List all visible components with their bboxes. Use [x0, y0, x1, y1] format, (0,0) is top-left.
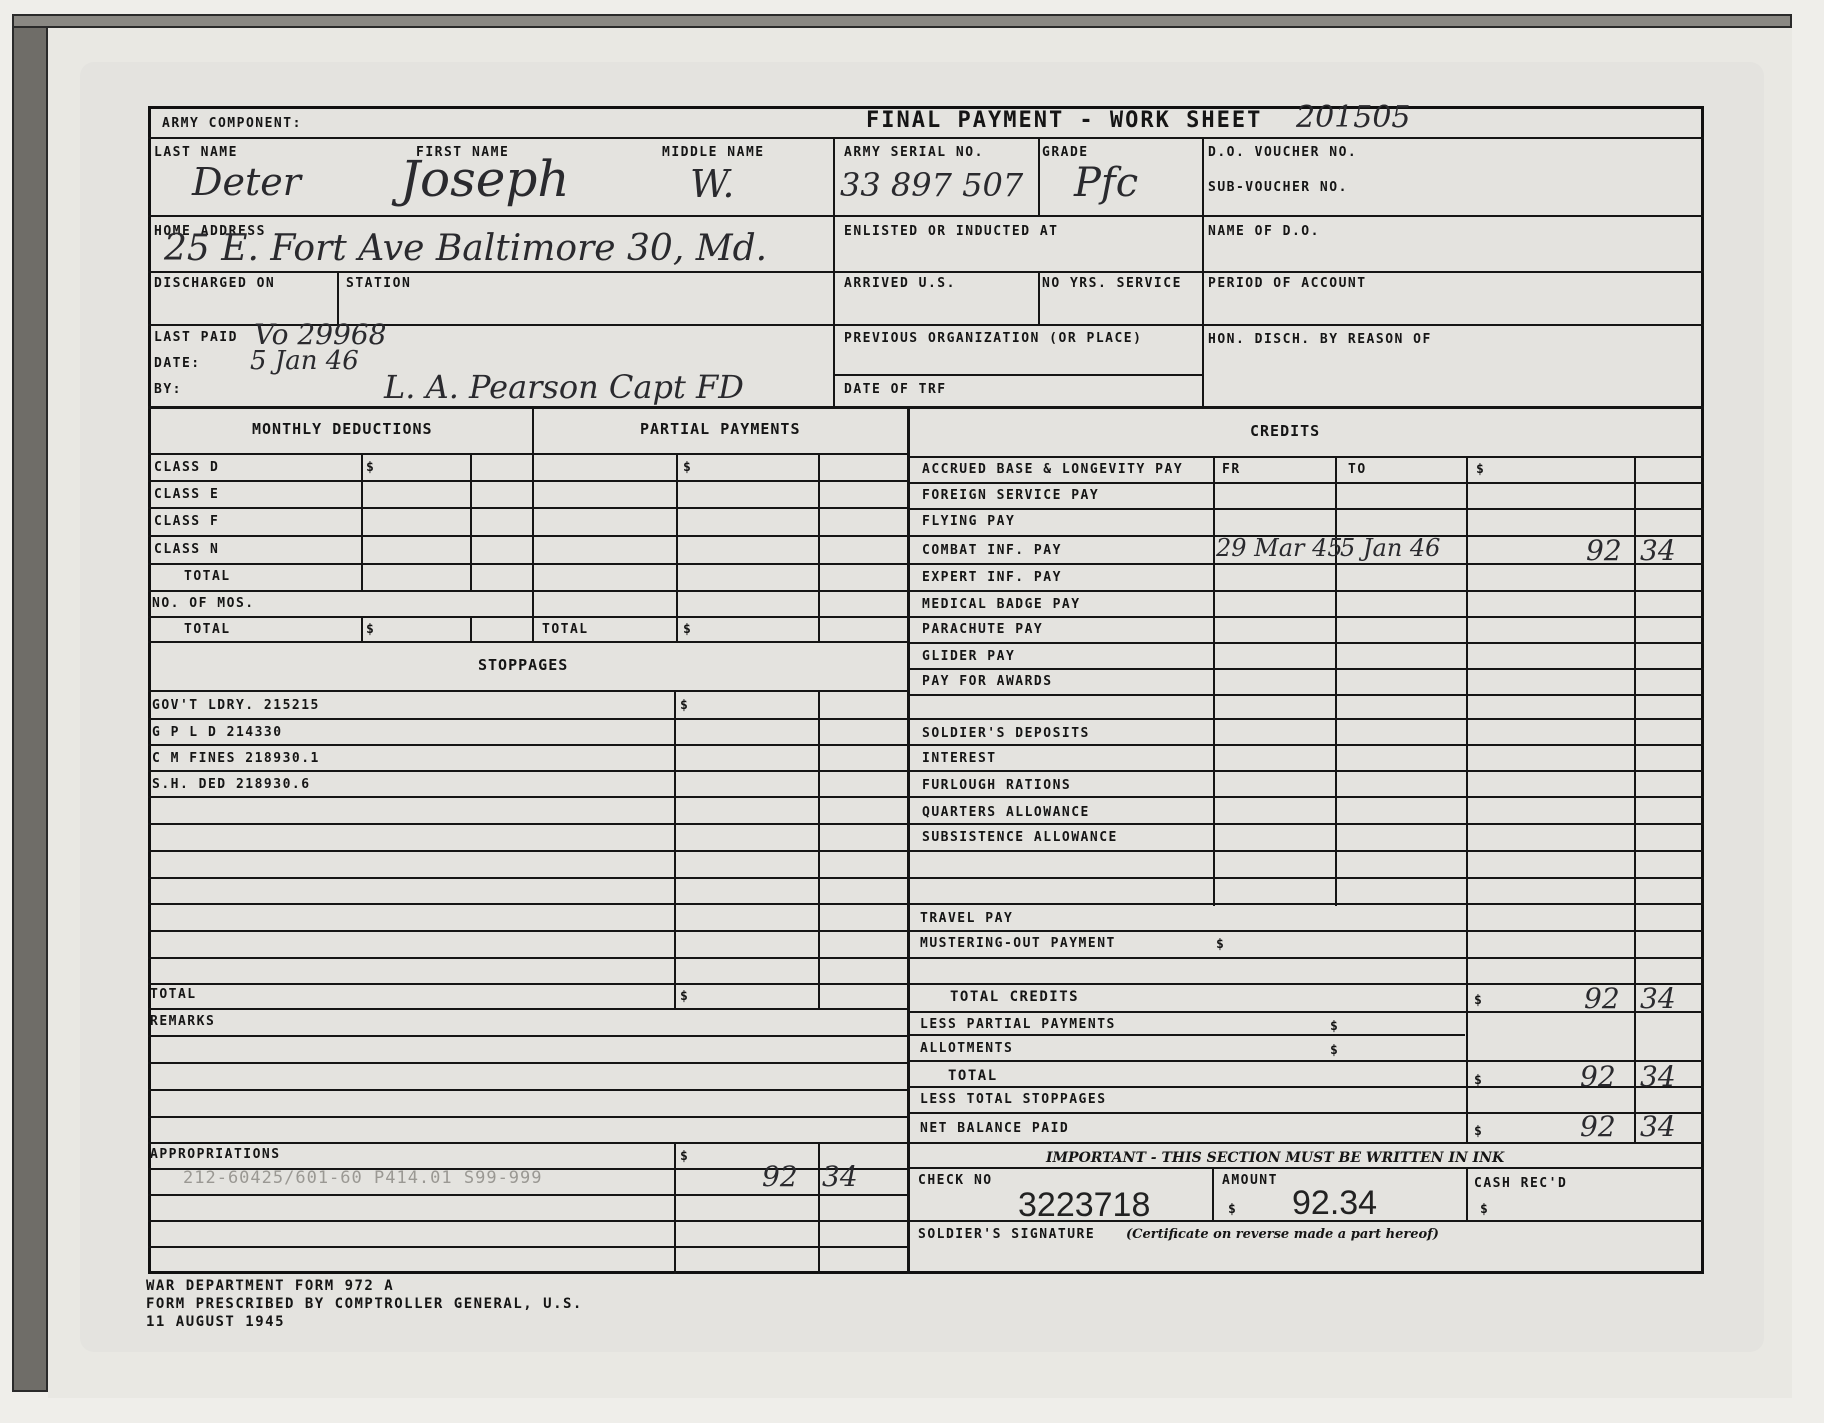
check-number-value: 3223718: [1018, 1186, 1150, 1225]
rule: [470, 453, 472, 590]
monthly-deductions-header: MONTHLY DEDUCTIONS: [252, 420, 433, 438]
cash-received-label: CASH REC'D: [1474, 1176, 1567, 1191]
rule: [148, 590, 908, 592]
stoppage-cm-fines: C M FINES 218930.1: [152, 751, 320, 766]
date-of-transfer-label: DATE OF TRF: [844, 382, 947, 397]
serial-number-value: 33 897 507: [840, 166, 1023, 204]
rule: [148, 1194, 908, 1196]
rule: [1202, 137, 1204, 406]
net-balance-paid-label: NET BALANCE PAID: [920, 1121, 1069, 1136]
number-of-months-label: NO. OF MOS.: [152, 596, 255, 611]
dollar-sign: $: [366, 622, 375, 637]
rule: [818, 453, 820, 641]
rule: [907, 1167, 1704, 1169]
rule: [907, 770, 1704, 772]
rule: [907, 823, 1704, 825]
serial-number-label: ARMY SERIAL NO.: [844, 145, 984, 160]
total-cents: 34: [1640, 1060, 1676, 1093]
station-label: STATION: [346, 276, 411, 291]
previous-organization-label: PREVIOUS ORGANIZATION (OR PLACE): [844, 331, 1142, 346]
stoppage-govt-laundry: GOV'T LDRY. 215215: [152, 698, 320, 713]
rule: [1466, 456, 1468, 1142]
date-label: DATE:: [154, 356, 201, 371]
stoppages-total-label: TOTAL: [150, 987, 197, 1002]
rule: [907, 1034, 1465, 1036]
rule: [833, 137, 835, 406]
credit-combat-inf-pay: COMBAT INF. PAY: [922, 543, 1062, 558]
credit-flying-pay: FLYING PAY: [922, 514, 1015, 529]
period-of-account-label: PERIOD OF ACCOUNT: [1208, 276, 1367, 291]
appropriation-dollars: 92: [762, 1160, 798, 1193]
appropriation-code: 212-60425/601-60 P414.01 S99-999: [183, 1168, 543, 1188]
deductions-subtotal-label: TOTAL: [184, 569, 231, 584]
total-dollars: 92: [1580, 1060, 1616, 1093]
middle-name-label: MIDDLE NAME: [662, 145, 765, 160]
rule: [148, 137, 1704, 139]
amount-value: 92.34: [1292, 1184, 1377, 1223]
rule: [1212, 1167, 1214, 1220]
rule: [907, 694, 1704, 696]
credit-mustering-out-payment: MUSTERING-OUT PAYMENT: [920, 936, 1116, 951]
rule: [907, 796, 1704, 798]
net-balance-cents: 34: [1640, 1110, 1676, 1143]
rule: [470, 616, 472, 641]
form-prescribed-by: FORM PRESCRIBED BY COMPTROLLER GENERAL, …: [146, 1296, 583, 1313]
rule: [907, 877, 1704, 879]
rule: [674, 690, 676, 1008]
rule: [818, 1142, 820, 1274]
combat-pay-dollars: 92: [1586, 534, 1622, 567]
rule: [907, 456, 1704, 458]
rule: [148, 1246, 908, 1248]
rule: [148, 535, 908, 537]
rule: [907, 668, 1704, 670]
rule: [148, 1089, 908, 1091]
rule: [148, 1035, 908, 1037]
total-label: TOTAL: [948, 1068, 998, 1084]
last-name-label: LAST NAME: [154, 145, 238, 160]
combat-pay-cents: 34: [1640, 534, 1676, 567]
class-d-label: CLASS D: [154, 460, 219, 475]
rule: [907, 508, 1704, 510]
rule: [1335, 456, 1337, 906]
rule: [148, 744, 908, 746]
rule: [532, 406, 534, 641]
total-credits-label: TOTAL CREDITS: [950, 989, 1079, 1005]
last-paid-label: LAST PAID: [154, 330, 238, 345]
rule: [148, 1008, 908, 1010]
rule: [907, 590, 1704, 592]
credit-pay-for-awards: PAY FOR AWARDS: [922, 674, 1053, 689]
rule: [148, 718, 908, 720]
credits-header: CREDITS: [1250, 422, 1320, 440]
combat-pay-from: 29 Mar 45: [1216, 534, 1343, 562]
credit-subsistence-allowance: SUBSISTENCE ALLOWANCE: [922, 830, 1118, 845]
rule: [907, 744, 1704, 746]
class-f-label: CLASS F: [154, 514, 219, 529]
rule: [148, 563, 908, 565]
dollar-sign: $: [680, 1149, 689, 1164]
class-e-label: CLASS E: [154, 487, 219, 502]
dollar-sign: $: [1474, 993, 1483, 1008]
rule: [833, 374, 1202, 376]
credit-soldiers-deposits: SOLDIER'S DEPOSITS: [922, 726, 1090, 741]
dollar-sign: $: [1330, 1019, 1339, 1034]
rule: [907, 850, 1704, 852]
dollar-sign: $: [1476, 462, 1485, 477]
scan-frame-top: [12, 14, 1792, 28]
credit-quarters-allowance: QUARTERS ALLOWANCE: [922, 805, 1090, 820]
partial-payments-header: PARTIAL PAYMENTS: [640, 420, 801, 438]
appropriation-cents: 34: [822, 1160, 858, 1193]
form-date: 11 AUGUST 1945: [146, 1314, 285, 1331]
rule: [148, 616, 908, 618]
rule: [148, 1142, 908, 1144]
ink-notice: IMPORTANT - THIS SECTION MUST BE WRITTEN…: [1046, 1150, 1504, 1166]
rule: [907, 718, 1704, 720]
class-n-label: CLASS N: [154, 542, 219, 557]
rule: [907, 957, 1704, 959]
stoppage-gpld: G P L D 214330: [152, 725, 283, 740]
dollar-sign: $: [366, 460, 375, 475]
rule: [361, 453, 363, 590]
rule: [148, 877, 908, 879]
rule: [148, 850, 908, 852]
rule: [361, 616, 363, 641]
name-of-do-label: NAME OF D.O.: [1208, 224, 1320, 239]
paid-by-value: L. A. Pearson Capt FD: [384, 368, 744, 406]
stoppages-header: STOPPAGES: [478, 656, 568, 674]
rule: [148, 823, 908, 825]
credit-accrued-base-pay: ACCRUED BASE & LONGEVITY PAY: [922, 462, 1183, 477]
rule: [148, 271, 1704, 273]
grade-value: Pfc: [1074, 160, 1138, 206]
partial-payments-total-label: TOTAL: [542, 622, 589, 637]
years-service-label: NO YRS. SERVICE: [1042, 276, 1182, 291]
form-number: WAR DEPARTMENT FORM 972 A: [146, 1278, 394, 1295]
rule: [907, 482, 1704, 484]
signature-certificate-note: (Certificate on reverse made a part here…: [1126, 1227, 1439, 1242]
arrived-us-label: ARRIVED U.S.: [844, 276, 956, 291]
middle-name-value: W.: [690, 162, 735, 206]
to-label: TO: [1348, 462, 1367, 477]
rule: [907, 642, 1704, 644]
rule: [148, 641, 908, 643]
rule: [907, 930, 1704, 932]
combat-pay-to: 5 Jan 46: [1340, 534, 1440, 562]
rule: [1213, 456, 1215, 906]
credit-furlough-rations: FURLOUGH RATIONS: [922, 778, 1071, 793]
rule: [337, 271, 339, 324]
credit-foreign-service-pay: FOREIGN SERVICE PAY: [922, 488, 1099, 503]
stoppage-sh-ded: S.H. DED 218930.6: [152, 777, 311, 792]
less-partial-payments-label: LESS PARTIAL PAYMENTS: [920, 1017, 1116, 1032]
credit-expert-inf-pay: EXPERT INF. PAY: [922, 570, 1062, 585]
rule: [818, 690, 820, 1008]
rule: [674, 1142, 676, 1274]
rule: [1634, 456, 1636, 1060]
rule: [148, 903, 908, 905]
dollar-sign: $: [680, 698, 689, 713]
rule: [148, 957, 908, 959]
last-name-value: Deter: [192, 160, 301, 204]
rule: [148, 1062, 908, 1064]
appropriations-label: APPROPRIATIONS: [150, 1147, 281, 1162]
hon-disch-label: HON. DISCH. BY REASON OF: [1208, 332, 1432, 347]
form-title: FINAL PAYMENT - WORK SHEET: [866, 108, 1262, 133]
check-number-label: CHECK NO: [918, 1173, 993, 1188]
net-balance-dollars: 92: [1580, 1110, 1616, 1143]
total-credits-dollars: 92: [1584, 982, 1620, 1015]
worksheet-number: 201505: [1296, 100, 1411, 135]
rule: [1634, 1086, 1636, 1142]
dollar-sign: $: [683, 460, 692, 475]
rule: [148, 1116, 908, 1118]
dollar-sign: $: [1480, 1202, 1489, 1217]
dollar-sign: $: [680, 989, 689, 1004]
rule: [1038, 271, 1040, 324]
first-name-value: Joseph: [400, 150, 570, 208]
grade-label: GRADE: [1042, 145, 1089, 160]
dollar-sign: $: [1474, 1124, 1483, 1139]
soldier-signature-label: SOLDIER'S SIGNATURE: [918, 1227, 1095, 1242]
credit-interest: INTEREST: [922, 751, 997, 766]
rule: [148, 796, 908, 798]
remarks-label: REMARKS: [150, 1014, 215, 1029]
dollar-sign: $: [1216, 937, 1225, 952]
rule: [148, 453, 908, 455]
sub-voucher-label: SUB-VOUCHER NO.: [1208, 180, 1348, 195]
deductions-total-label: TOTAL: [184, 622, 231, 637]
dollar-sign: $: [1474, 1073, 1483, 1088]
rule: [907, 903, 1704, 905]
amount-label: AMOUNT: [1222, 1173, 1278, 1188]
dollar-sign: $: [1330, 1043, 1339, 1058]
rule: [676, 453, 678, 641]
rule: [148, 406, 1704, 409]
rule: [1466, 1167, 1468, 1220]
rule: [148, 480, 908, 482]
rule: [148, 770, 908, 772]
allotments-label: ALLOTMENTS: [920, 1041, 1013, 1056]
credit-travel-pay: TRAVEL PAY: [920, 911, 1013, 926]
last-paid-date: 5 Jan 46: [250, 346, 359, 376]
home-address-value: 25 E. Fort Ave Baltimore 30, Md.: [164, 228, 767, 269]
less-total-stoppages-label: LESS TOTAL STOPPAGES: [920, 1092, 1107, 1107]
army-component-label: ARMY COMPONENT:: [162, 116, 302, 131]
credit-glider-pay: GLIDER PAY: [922, 649, 1015, 664]
rule: [148, 690, 908, 692]
rule: [1038, 137, 1040, 215]
credit-parachute-pay: PARACHUTE PAY: [922, 622, 1043, 637]
scan-frame-left: [12, 26, 48, 1392]
rule: [1634, 1060, 1636, 1086]
dollar-sign: $: [683, 622, 692, 637]
from-label: FR: [1222, 462, 1241, 477]
by-label: BY:: [154, 382, 182, 397]
discharged-on-label: DISCHARGED ON: [154, 276, 275, 291]
rule: [148, 1220, 908, 1222]
rule: [148, 930, 908, 932]
rule: [148, 215, 1704, 217]
rule: [148, 507, 908, 509]
dollar-sign: $: [1228, 1202, 1237, 1217]
rule: [907, 563, 1704, 565]
rule: [907, 616, 1704, 618]
enlisted-label: ENLISTED OR INDUCTED AT: [844, 224, 1059, 239]
credit-medical-badge-pay: MEDICAL BADGE PAY: [922, 597, 1081, 612]
do-voucher-label: D.O. VOUCHER NO.: [1208, 145, 1357, 160]
rule: [148, 983, 908, 985]
total-credits-cents: 34: [1640, 982, 1676, 1015]
